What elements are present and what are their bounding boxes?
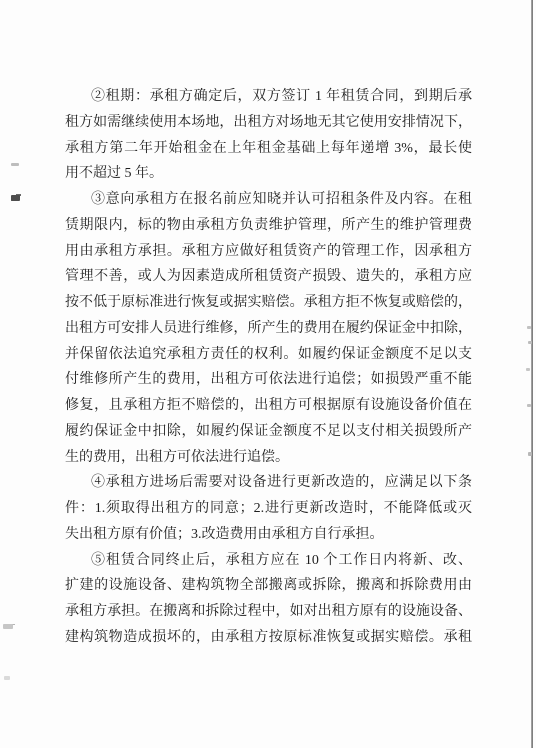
text-line: 件：1.须取得出租方的同意；2.进行更新改造时，不能降低或灭 — [65, 496, 472, 522]
text-line: 付维修所产生的费用，出租方可依法进行追偿；如损毁严重不能 — [65, 367, 472, 393]
text-line: 租方如需继续使用本场地，出租方对场地无其它使用安排情况下， — [65, 110, 472, 136]
text-line: 出租方可安排人员进行维修，所产生的费用在履约保证金中扣除， — [65, 316, 472, 342]
text-line: 承租方第二年开始租金在上年租金基础上每年递增 3%，最长使 — [65, 136, 472, 162]
scan-smudge-left-3 — [3, 624, 13, 629]
scan-speck-right-1 — [527, 326, 531, 329]
text-line: 生的费用，出租方可依法进行追偿。 — [65, 445, 472, 471]
text-line: ④承租方进场后需要对设备进行更新改造的，应满足以下条 — [65, 470, 472, 496]
scan-smudge-left-4 — [4, 676, 10, 680]
text-line: 建构筑物造成损坏的，由承租方按原标准恢复或据实赔偿。承租 — [65, 625, 472, 651]
scan-smudge-left-2 — [11, 195, 20, 201]
scan-page-edge-line — [531, 0, 533, 748]
text-line: 用不超过 5 年。 — [65, 161, 472, 187]
paragraph-clause-5: ⑤租赁合同终止后，承租方应在 10 个工作日内将新、改、 扩建的设施设备、建构筑… — [65, 548, 472, 651]
paragraph-clause-3: ③意向承租方在报名前应知晓并认可招租条件及内容。在租 赁期限内，标的物由承租方负… — [65, 187, 472, 470]
text-line: 管理不善，或人为因素造成所租赁资产损毁、遗失的，承租方应 — [65, 264, 472, 290]
scanned-document-page: ②租期：承租方确定后，双方签订 1 年租赁合同，到期后承 租方如需继续使用本场地… — [0, 0, 536, 748]
text-line: 修复，且承租方拒不赔偿的，出租方可根据原有设施设备价值在 — [65, 393, 472, 419]
scan-speck-right-4 — [527, 404, 531, 407]
text-line: 失出租方原有价值；3.改造费用由承租方自行承担。 — [65, 522, 472, 548]
scan-smudge-left-1 — [11, 163, 19, 166]
text-line: 扩建的设施设备、建构筑物全部搬离或拆除，搬离和拆除费用由 — [65, 573, 472, 599]
scan-speck-right-2 — [528, 341, 532, 344]
paragraph-clause-4: ④承租方进场后需要对设备进行更新改造的，应满足以下条 件：1.须取得出租方的同意… — [65, 470, 472, 547]
text-line: 赁期限内，标的物由承租方负责维护管理，所产生的维护管理费 — [65, 213, 472, 239]
text-line: 并保留依法追究承租方责任的权利。如履约保证金额度不足以支 — [65, 342, 472, 368]
text-line: 按不低于原标准进行恢复或据实赔偿。承租方拒不恢复或赔偿的， — [65, 290, 472, 316]
text-line: ⑤租赁合同终止后，承租方应在 10 个工作日内将新、改、 — [65, 548, 472, 574]
text-line: ③意向承租方在报名前应知晓并认可招租条件及内容。在租 — [65, 187, 472, 213]
text-line: ②租期：承租方确定后，双方签订 1 年租赁合同，到期后承 — [65, 84, 472, 110]
contract-text-block: ②租期：承租方确定后，双方签订 1 年租赁合同，到期后承 租方如需继续使用本场地… — [65, 84, 472, 651]
scan-speck-right-3 — [526, 368, 530, 371]
scan-speck-right-5 — [528, 452, 532, 456]
text-line: 承租方承担。在搬离和拆除过程中，如对出租方原有的设施设备、 — [65, 599, 472, 625]
paragraph-clause-2: ②租期：承租方确定后，双方签订 1 年租赁合同，到期后承 租方如需继续使用本场地… — [65, 84, 472, 187]
text-line: 用由承租方承担。承租方应做好租赁资产的管理工作，因承租方 — [65, 239, 472, 265]
text-line: 履约保证金中扣除，如履约保证金额度不足以支付相关损毁所产 — [65, 419, 472, 445]
